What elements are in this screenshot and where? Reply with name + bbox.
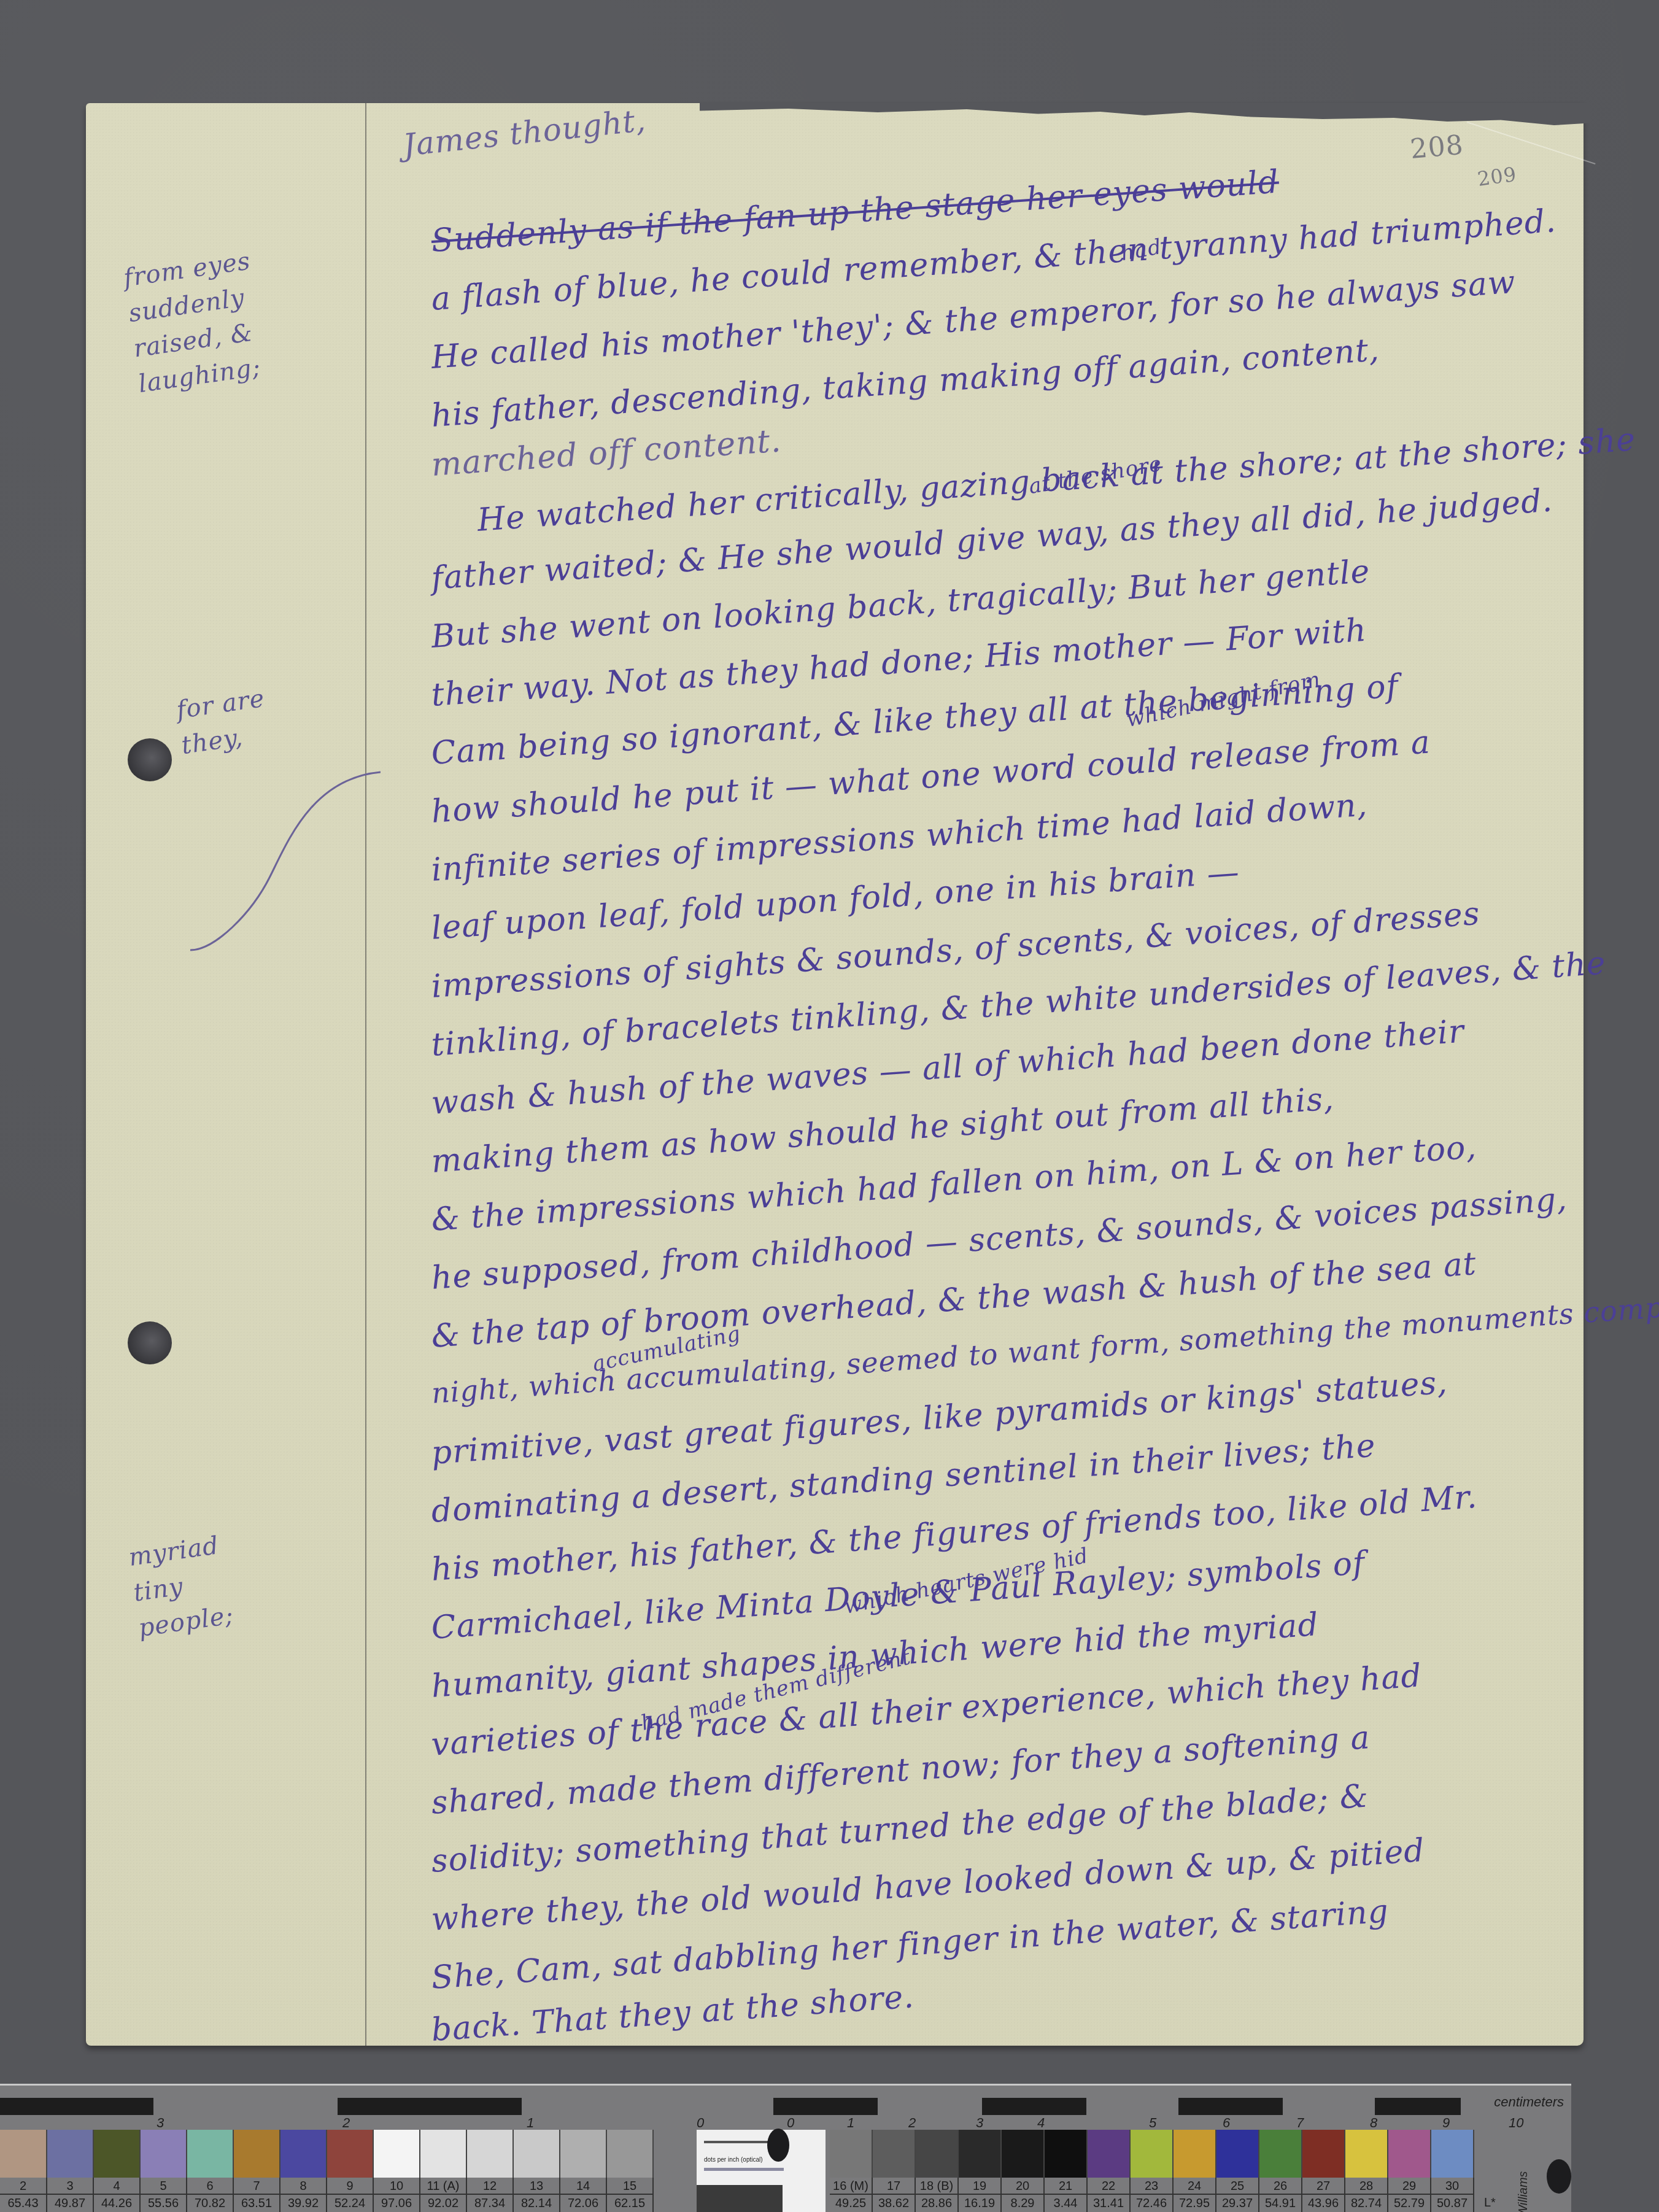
target-hole-right <box>1547 2159 1571 2194</box>
patch-id: 25 <box>1216 2178 1258 2195</box>
manuscript-page: 208 209 James thought, from eyes suddenl… <box>86 103 1584 2046</box>
ruler-label: 5 <box>1149 2115 1156 2131</box>
patch-id: 17 <box>873 2178 915 2195</box>
target-hole-left <box>767 2129 789 2162</box>
color-patch <box>916 2130 959 2178</box>
ruler-band <box>1178 2098 1283 2115</box>
patch-row-right <box>830 2130 1474 2178</box>
ruler-label: 2 <box>342 2115 350 2131</box>
ruler-label: 8 <box>1370 2115 1377 2131</box>
patch-value: 54.91 <box>1259 2195 1301 2212</box>
patch-labels-right: 16 (M)49.25 1738.62 18 (B)28.86 1916.19 … <box>830 2178 1474 2212</box>
color-patch <box>1045 2130 1088 2178</box>
patch-labels-left: 265.43 349.87 444.26 555.56 670.82 763.5… <box>0 2178 654 2212</box>
color-patch <box>374 2130 420 2178</box>
manuscript-line-5: marched off content. <box>430 422 783 484</box>
punch-hole-upper <box>128 738 172 781</box>
patch-value: 50.87 <box>1431 2195 1473 2212</box>
margin-note-middle: for are they, <box>174 681 272 764</box>
ruler-label: 1 <box>527 2115 534 2131</box>
paper-crease <box>1467 122 1596 164</box>
patch-value: 70.82 <box>187 2195 233 2212</box>
color-patch <box>1345 2130 1388 2178</box>
ruler-label: 0 <box>697 2115 704 2131</box>
patch-id: 29 <box>1388 2178 1430 2195</box>
patch-value: 43.96 <box>1302 2195 1344 2212</box>
patch-id: 11 (A) <box>420 2178 466 2195</box>
resolution-bar <box>704 2168 784 2171</box>
color-patch <box>47 2130 94 2178</box>
color-patch <box>1388 2130 1431 2178</box>
ruler-label: 3 <box>976 2115 983 2131</box>
color-patch <box>514 2130 560 2178</box>
patch-value: 72.95 <box>1174 2195 1215 2212</box>
patch-value: 49.25 <box>830 2195 872 2212</box>
patch-value: 72.06 <box>560 2195 606 2212</box>
patch-value: 65.43 <box>0 2195 46 2212</box>
brand-mark: Williams <box>1517 2171 1531 2212</box>
color-patch <box>1302 2130 1345 2178</box>
ruler-band <box>1375 2098 1461 2115</box>
color-patch <box>1131 2130 1174 2178</box>
color-patch <box>467 2130 514 2178</box>
ruler-label: 4 <box>1037 2115 1045 2131</box>
patch-id: 23 <box>1131 2178 1172 2195</box>
ruler-band <box>338 2098 522 2115</box>
punch-hole-lower <box>128 1321 172 1364</box>
margin-rule <box>365 103 366 2046</box>
ruler-unit-label: centimeters <box>1494 2094 1564 2110</box>
color-patch <box>959 2130 1002 2178</box>
color-patch <box>560 2130 607 2178</box>
color-patch <box>234 2130 280 2178</box>
patch-value: 38.62 <box>873 2195 915 2212</box>
patch-id: 5 <box>141 2178 186 2195</box>
color-patch <box>607 2130 654 2178</box>
patch-id: 14 <box>560 2178 606 2195</box>
patch-id: 28 <box>1345 2178 1387 2195</box>
patch-id: 7 <box>234 2178 279 2195</box>
patch-id: 2 <box>0 2178 46 2195</box>
patch-value: 52.24 <box>327 2195 373 2212</box>
patch-value: 8.29 <box>1002 2195 1043 2212</box>
patch-value: 16.19 <box>959 2195 1000 2212</box>
ruler-band <box>773 2098 878 2115</box>
heading: James thought, <box>401 102 648 163</box>
ruler-label: 3 <box>157 2115 164 2131</box>
color-patch <box>0 2130 47 2178</box>
patch-value: 62.15 <box>607 2195 652 2212</box>
patch-value: 87.34 <box>467 2195 512 2212</box>
patch-id: 13 <box>514 2178 559 2195</box>
ruler-label: 7 <box>1296 2115 1304 2131</box>
patch-id: 6 <box>187 2178 233 2195</box>
color-patch <box>187 2130 234 2178</box>
patch-value: 49.87 <box>47 2195 93 2212</box>
patch-value: 31.41 <box>1088 2195 1129 2212</box>
patch-id: 3 <box>47 2178 93 2195</box>
patch-id: 10 <box>374 2178 419 2195</box>
patch-id: 27 <box>1302 2178 1344 2195</box>
patch-value: 82.14 <box>514 2195 559 2212</box>
patch-row-left <box>0 2130 654 2178</box>
patch-id: 9 <box>327 2178 373 2195</box>
color-patch <box>1002 2130 1045 2178</box>
color-patch <box>830 2130 873 2178</box>
patch-id: 12 <box>467 2178 512 2195</box>
patch-value: 52.79 <box>1388 2195 1430 2212</box>
resolution-label: dots per inch (optical) <box>704 2157 763 2164</box>
page-number-secondary: 209 <box>1476 162 1518 191</box>
color-patch <box>1431 2130 1474 2178</box>
patch-id: 16 (M) <box>830 2178 872 2195</box>
patch-id: 21 <box>1045 2178 1086 2195</box>
patch-value: 55.56 <box>141 2195 186 2212</box>
patch-id: 30 <box>1431 2178 1473 2195</box>
resolution-test-card: dots per inch (optical) <box>697 2130 826 2212</box>
lstar-label: L* <box>1484 2196 1496 2210</box>
color-calibration-target: 3 2 1 0 0 1 2 3 4 5 6 7 8 9 10 centimete… <box>0 2084 1571 2212</box>
patch-id: 26 <box>1259 2178 1301 2195</box>
ruler-label: 2 <box>908 2115 916 2131</box>
patch-value: 72.46 <box>1131 2195 1172 2212</box>
patch-value: 82.74 <box>1345 2195 1387 2212</box>
patch-value: 97.06 <box>374 2195 419 2212</box>
patch-value: 28.86 <box>916 2195 957 2212</box>
patch-value: 63.51 <box>234 2195 279 2212</box>
patch-id: 19 <box>959 2178 1000 2195</box>
patch-id: 18 (B) <box>916 2178 957 2195</box>
page-number-primary: 208 <box>1409 130 1465 165</box>
patch-id: 22 <box>1088 2178 1129 2195</box>
color-patch <box>1216 2130 1259 2178</box>
patch-value: 92.02 <box>420 2195 466 2212</box>
margin-note-bottom: myriad tiny people; <box>126 1527 236 1646</box>
color-patch <box>1088 2130 1131 2178</box>
patch-value: 39.92 <box>280 2195 326 2212</box>
color-patch <box>327 2130 374 2178</box>
color-patch <box>420 2130 467 2178</box>
patch-id: 4 <box>94 2178 139 2195</box>
ruler-label: 1 <box>847 2115 854 2131</box>
color-patch <box>280 2130 327 2178</box>
patch-value: 3.44 <box>1045 2195 1086 2212</box>
color-patch <box>141 2130 187 2178</box>
patch-id: 8 <box>280 2178 326 2195</box>
color-patch <box>873 2130 916 2178</box>
gray-wedge <box>697 2185 783 2212</box>
ruler-label: 9 <box>1442 2115 1450 2131</box>
ruler-label: 10 <box>1509 2115 1523 2131</box>
margin-note-top: from eyes suddenly raised, & laughing; <box>122 243 268 402</box>
patch-id: 24 <box>1174 2178 1215 2195</box>
ruler-label: 6 <box>1223 2115 1230 2131</box>
patch-id: 15 <box>607 2178 652 2195</box>
color-patch <box>1174 2130 1216 2178</box>
patch-value: 44.26 <box>94 2195 139 2212</box>
patch-id: 20 <box>1002 2178 1043 2195</box>
patch-value: 29.37 <box>1216 2195 1258 2212</box>
ruler-label: 0 <box>787 2115 794 2131</box>
ruler-band <box>0 2098 153 2115</box>
color-patch <box>1259 2130 1302 2178</box>
color-patch <box>94 2130 141 2178</box>
margin-connector-line <box>178 766 381 962</box>
ruler-band <box>982 2098 1086 2115</box>
centimeter-ruler: 3 2 1 0 0 1 2 3 4 5 6 7 8 9 10 centimete… <box>0 2089 1571 2126</box>
